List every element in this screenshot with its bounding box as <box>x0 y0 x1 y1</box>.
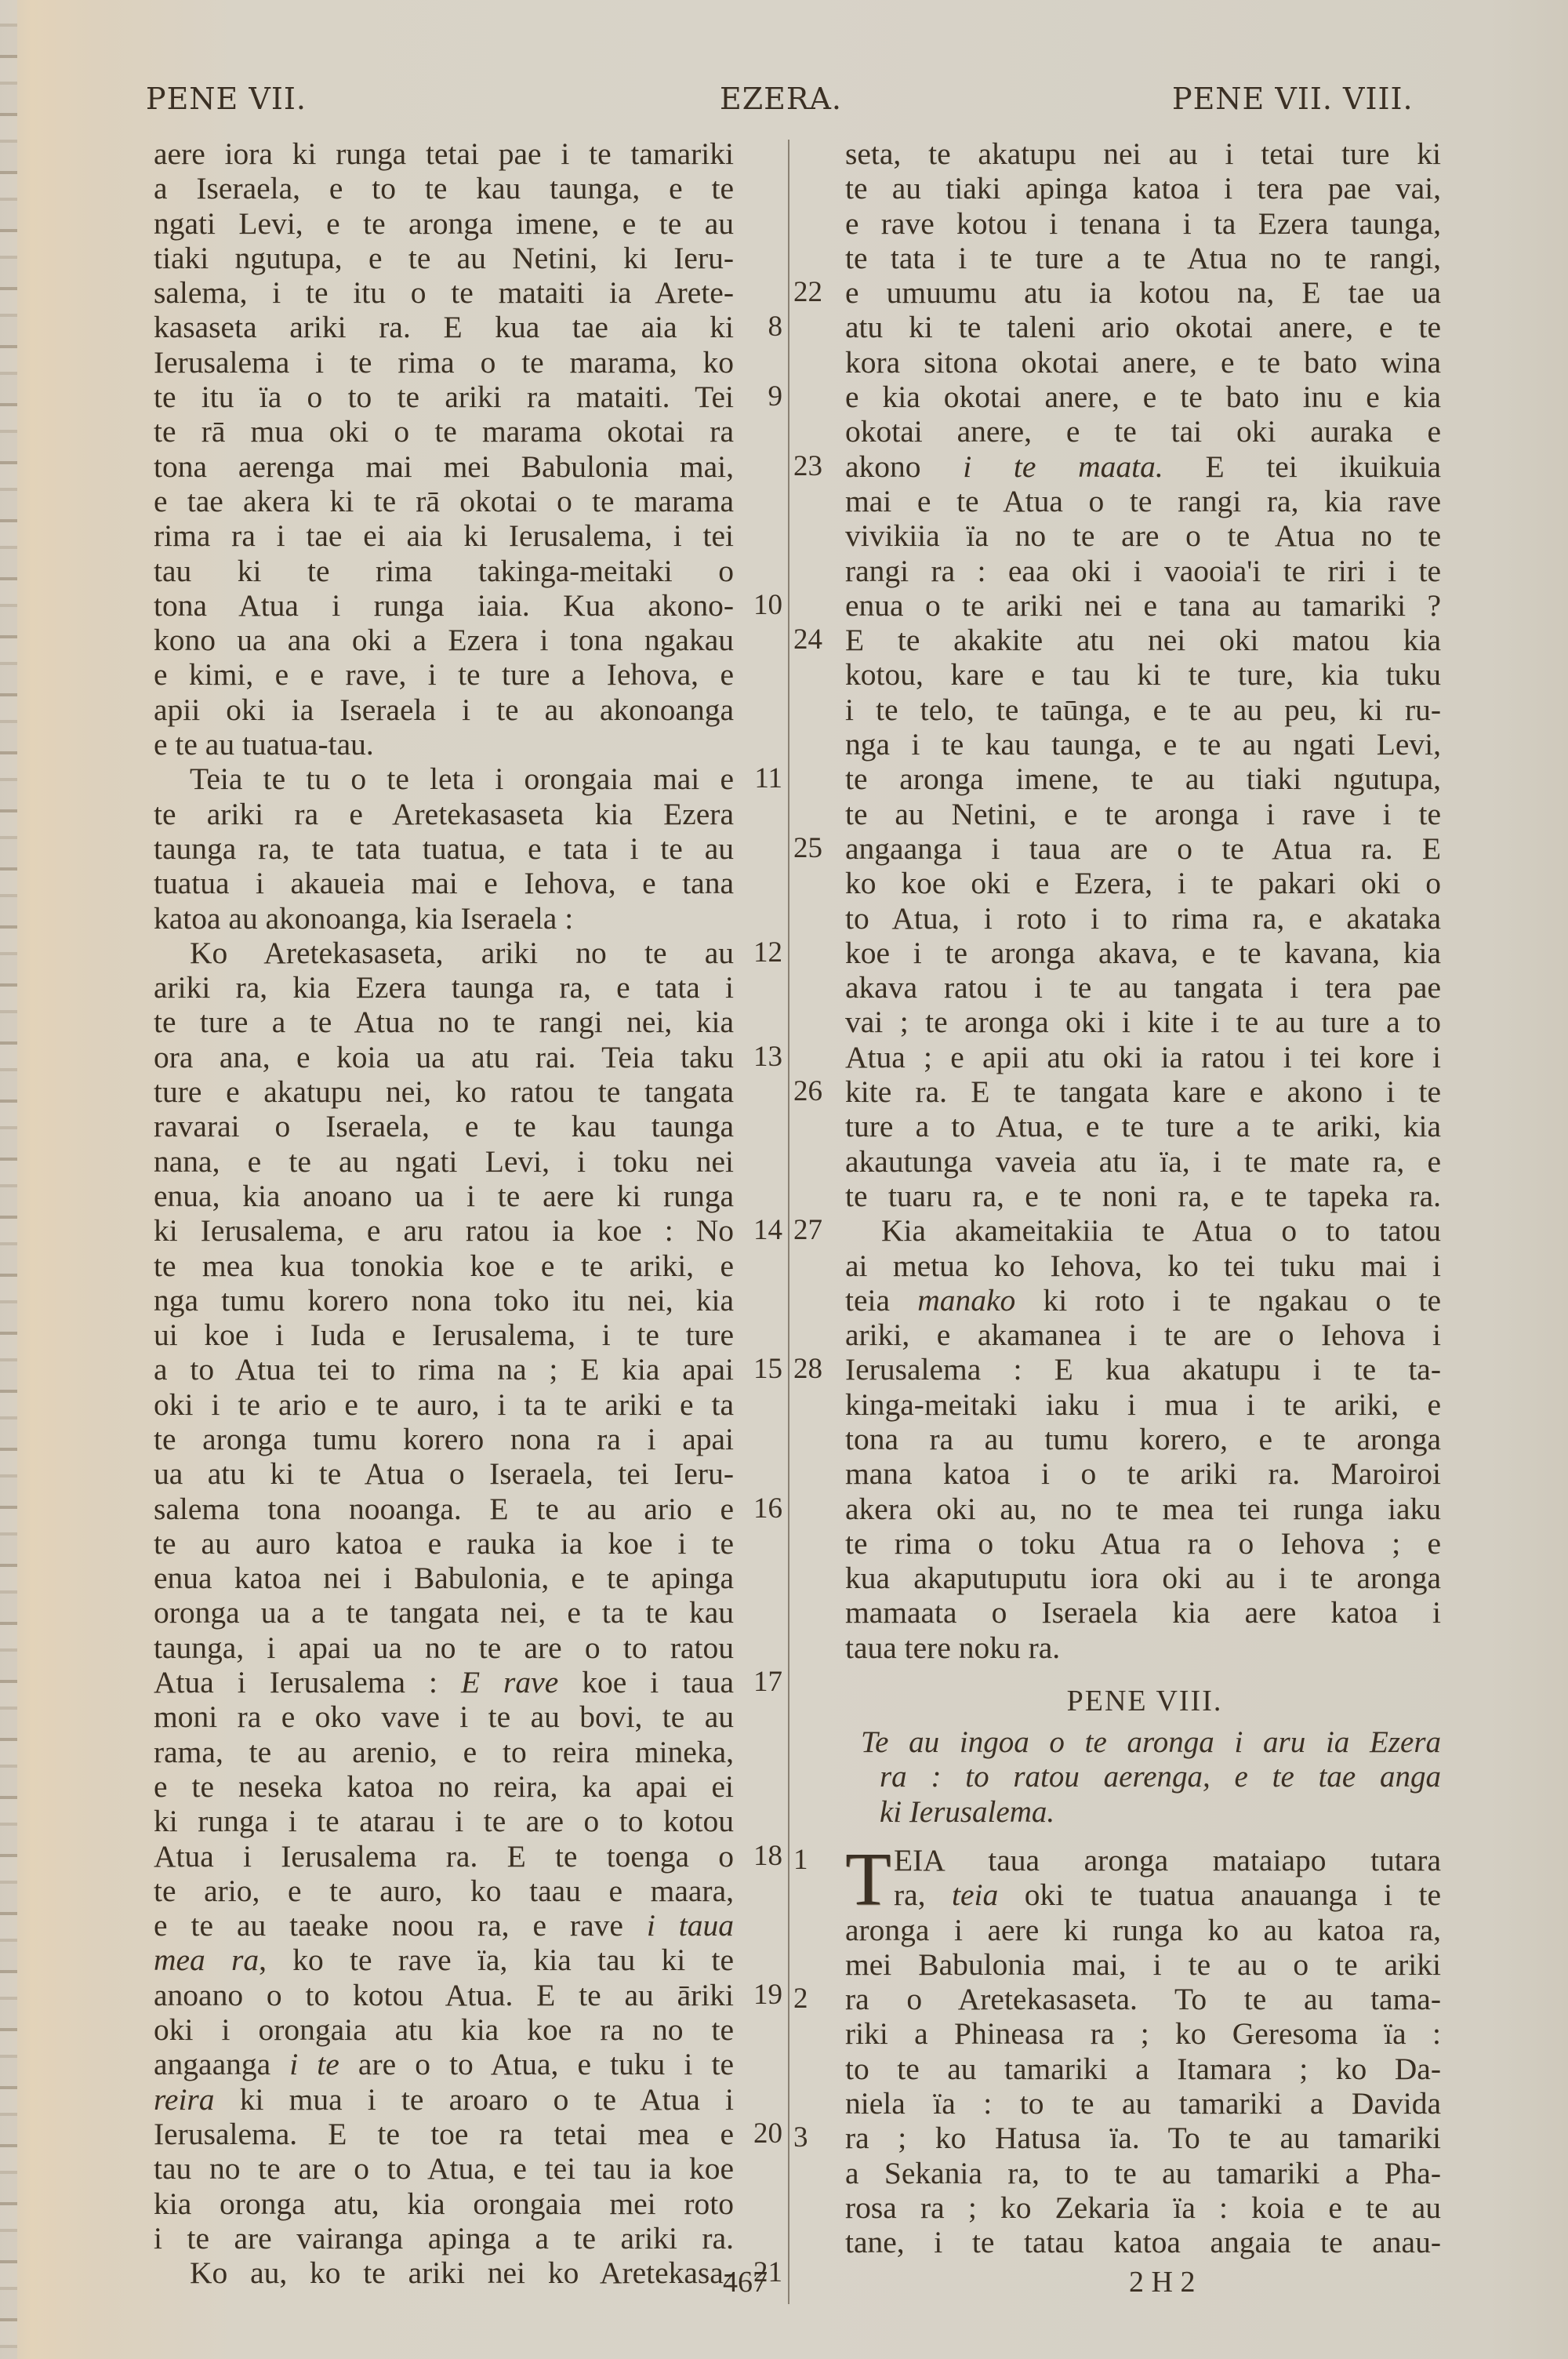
line-text: te tata i te ture a te Atua no te rangi, <box>845 241 1441 275</box>
line-text: i te are vairanga apinga a te ariki ra. <box>154 2221 734 2255</box>
text-line: rosa ra ; ko Zekaria ïa : koia e te au <box>845 2190 1441 2225</box>
verse-number: 13 <box>753 1040 782 1074</box>
text-line: te tata i te ture a te Atua no te rangi, <box>845 241 1441 275</box>
line-text: rama, te au arenio, e to reira mineka, <box>154 1735 734 1769</box>
right-text-column: seta, te akatupu nei au i tetai ture kit… <box>845 136 1441 1665</box>
line-text: ariki ra, kia Ezera taunga ra, e tata i <box>154 970 734 1005</box>
verse-number: 3 <box>793 2121 834 2155</box>
text-line: angaanga i te are o to Atua, e tuku i te <box>154 2047 734 2081</box>
text-line: reira ki mua i te aroaro o te Atua i <box>154 2082 734 2117</box>
text-line: i te telo, te taūnga, e te au peu, ki ru… <box>845 692 1441 727</box>
verse-number: 15 <box>753 1352 782 1387</box>
text-line: enua, kia anoano ua i te aere ki runga <box>154 1179 734 1213</box>
text-line: tau no te are o to Atua, e tei tau ia ko… <box>154 2151 734 2186</box>
text-line: oki i orongaia atu kia koe ra no te <box>154 2012 734 2047</box>
line-text: tiaki ngutupa, e te au Netini, ki Ieru- <box>154 241 734 275</box>
summary-line: ra : to ratou aerenga, e te tae anga <box>861 1760 1441 1794</box>
text-line: taua tere noku ra. <box>845 1630 1441 1665</box>
text-line: niela ïa : to te au tamariki a Davida <box>845 2086 1441 2121</box>
line-text: kora sitona okotai anere, e te bato wina <box>845 345 1441 380</box>
line-text: ai metua ko Iehova, ko tei tuku mai i <box>845 1249 1441 1283</box>
line-text: tuatua i akaueia mai e Iehova, e tana <box>154 866 734 900</box>
signature-mark: 2 H 2 <box>1129 2265 1195 2299</box>
text-line: a to Atua tei to rima na ; E kia apai15 <box>154 1352 734 1387</box>
line-text: e tae akera ki te rā okotai o te marama <box>154 484 734 518</box>
text-line: riki a Phineasa ra ; ko Geresoma ïa : <box>845 2016 1441 2051</box>
verse-number: 16 <box>753 1492 782 1526</box>
line-text: ture a to Atua, e te ture a te ariki, ki… <box>845 1109 1441 1143</box>
line-text: tona aerenga mai mei Babulonia mai, <box>154 449 734 484</box>
line-text: Atua i Ierusalema ra. E te toenga o <box>154 1839 734 1874</box>
text-line: akono i te maata. E tei ikuikuia23 <box>845 449 1441 484</box>
line-text: te aronga tumu korero nona ra i apai <box>154 1422 734 1456</box>
text-line: te ario, e te auro, ko taau e maara, <box>154 1874 734 1908</box>
line-text: kotou, kare e tau ki te ture, kia tuku <box>845 657 1441 692</box>
text-line: a Sekania ra, to te au tamariki a Pha- <box>845 2156 1441 2190</box>
text-line: e tae akera ki te rā okotai o te marama <box>154 484 734 518</box>
verse-number: 26 <box>793 1074 834 1109</box>
text-line: ko koe oki e Ezera, i te pakari oki o <box>845 866 1441 900</box>
text-line: nga i te kau taunga, e te au ngati Levi, <box>845 727 1441 761</box>
text-line: te au tiaki apinga katoa i tera pae vai, <box>845 171 1441 205</box>
line-text: akera oki au, no te mea tei runga iaku <box>845 1492 1441 1526</box>
text-line: e te au tuatua-tau. <box>154 727 734 761</box>
line-text: aere iora ki runga tetai pae i te tamari… <box>154 136 734 171</box>
line-text: akava ratou i te au tangata i tera pae <box>845 970 1441 1005</box>
line-text: seta, te akatupu nei au i tetai ture ki <box>845 136 1441 171</box>
running-head-left: PENE VII. <box>146 82 307 116</box>
text-line: to Atua, i roto i to rima ra, e akataka <box>845 901 1441 936</box>
text-line: e kimi, e e rave, i te ture a Iehova, e <box>154 657 734 692</box>
line-text: Ierusalema : E kua akatupu i te ta- <box>845 1352 1441 1387</box>
text-line: mea ra, ko te rave ïa, kia tau ki te <box>154 1943 734 1977</box>
text-line: kia oronga atu, kia orongaia mei roto <box>154 2186 734 2221</box>
line-text: te rima o toku Atua ra o Iehova ; e <box>845 1526 1441 1561</box>
text-line: akautunga vaveia atu ïa, i te mate ra, e <box>845 1144 1441 1179</box>
text-line: kono ua ana oki a Ezera i tona ngakau <box>154 623 734 657</box>
line-text: okotai anere, e te tai oki auraka e <box>845 414 1441 449</box>
line-text: moni ra e oko vave i te au bovi, te au <box>154 1699 734 1734</box>
verse-number: 23 <box>793 449 834 484</box>
text-line: aronga i aere ki runga ko au katoa ra, <box>845 1913 1441 1947</box>
verse-number: 27 <box>793 1213 834 1248</box>
line-text: oronga ua a te tangata nei, e ta te kau <box>154 1595 734 1630</box>
line-text: e te au tuatua-tau. <box>154 727 374 761</box>
line-text: koe i te aronga akava, e te kavana, kia <box>845 936 1441 970</box>
text-line: ora ana, e koia ua atu rai. Teia taku13 <box>154 1040 734 1074</box>
chapter-summary: Te au ingoa o te aronga i aru ia Ezera r… <box>861 1725 1441 1830</box>
text-line: E te akakite atu nei oki matou kia24 <box>845 623 1441 657</box>
line-text: riki a Phineasa ra ; ko Geresoma ïa : <box>845 2016 1441 2051</box>
text-line: seta, te akatupu nei au i tetai ture ki <box>845 136 1441 171</box>
text-line: Atua ; e apii atu oki ia ratou i tei kor… <box>845 1040 1441 1074</box>
line-text: ui koe i Iuda e Ierusalema, i te ture <box>154 1318 734 1352</box>
line-text: ua atu ki te Atua o Iseraela, tei Ieru- <box>154 1456 734 1491</box>
line-text: teia manako ki roto i te ngakau o te <box>845 1283 1441 1318</box>
line-text: nga tumu korero nona toko itu nei, kia <box>154 1283 734 1318</box>
text-line: koe i te aronga akava, e te kavana, kia <box>845 936 1441 970</box>
line-text: Kia akameitakiia te Atua o to tatou <box>881 1213 1441 1248</box>
verse-number: 11 <box>754 761 782 796</box>
text-line: okotai anere, e te tai oki auraka e <box>845 414 1441 449</box>
text-line: kinga-meitaki iaku i mua i te ariki, e <box>845 1387 1441 1422</box>
text-line: ua atu ki te Atua o Iseraela, tei Ieru- <box>154 1456 734 1491</box>
text-line: aere iora ki runga tetai pae i te tamari… <box>154 136 734 171</box>
line-text: mai e te Atua o te rangi ra, kia rave <box>845 484 1441 518</box>
line-text: kono ua ana oki a Ezera i tona ngakau <box>154 623 734 657</box>
line-text: te itu ïa o to te ariki ra mataiti. Tei <box>154 380 734 414</box>
text-line: Kia akameitakiia te Atua o to tatou27 <box>845 1213 1441 1248</box>
text-line: ki runga i te atarau i te are o to kotou <box>154 1804 734 1838</box>
text-line: apii oki ia Iseraela i te au akonoanga <box>154 692 734 727</box>
book-spine-edge <box>0 0 17 2359</box>
line-text: tona ra au tumu korero, e te aronga <box>845 1422 1441 1456</box>
text-line: te ture a te Atua no te rangi nei, kia <box>154 1005 734 1039</box>
line-text: niela ïa : to te au tamariki a Davida <box>845 2086 1441 2121</box>
line-text: katoa au akonoanga, kia Iseraela : <box>154 901 573 936</box>
text-line: rima ra i tae ei aia ki Ierusalema, i te… <box>154 518 734 553</box>
verse-number: 18 <box>753 1839 782 1874</box>
verse-number: 17 <box>753 1665 782 1699</box>
line-text: te tuaru ra, e te noni ra, e te tapeka r… <box>845 1179 1441 1213</box>
line-text: kinga-meitaki iaku i mua i te ariki, e <box>845 1387 1441 1422</box>
text-line: Teia te tu o te leta i orongaia mai e11 <box>154 761 734 796</box>
text-line: e kia okotai anere, e te bato inu e kia <box>845 380 1441 414</box>
line-text: te ario, e te auro, ko taau e maara, <box>154 1874 734 1908</box>
verse-number: 25 <box>793 831 834 866</box>
line-text: ora ana, e koia ua atu rai. Teia taku <box>154 1040 734 1074</box>
text-line: Ko au, ko te ariki nei ko Aretekasa-21 <box>154 2255 734 2290</box>
line-text: tona Atua i runga iaia. Kua akono- <box>154 588 734 623</box>
text-line: Ierusalema i te rima o te marama, ko <box>154 345 734 380</box>
text-line: te au Netini, e te aronga i rave i te <box>845 797 1441 831</box>
line-text: Ko Aretekasaseta, ariki no te au <box>190 936 734 970</box>
line-text: te ariki ra e Aretekasaseta kia Ezera <box>154 797 734 831</box>
line-text: to te au tamariki a Itamara ; ko Da- <box>845 2052 1441 2086</box>
line-text: ra ; ko Hatusa ïa. To te au tamariki <box>845 2121 1441 2155</box>
text-line: oronga ua a te tangata nei, e ta te kau <box>154 1595 734 1630</box>
line-text: ravarai o Iseraela, e te kau taunga <box>154 1109 734 1143</box>
line-text: mei Babulonia mai, i te au o te ariki <box>845 1947 1441 1982</box>
text-line: Ko Aretekasaseta, ariki no te au12 <box>154 936 734 970</box>
line-text: akautunga vaveia atu ïa, i te mate ra, e <box>845 1144 1441 1179</box>
text-line: ai metua ko Iehova, ko tei tuku mai i <box>845 1249 1441 1283</box>
line-text: angaanga i te are o to Atua, e tuku i te <box>154 2047 734 2081</box>
line-text: kite ra. E te tangata kare e akono i te <box>845 1074 1441 1109</box>
text-line: te itu ïa o to te ariki ra mataiti. Tei9 <box>154 380 734 414</box>
text-line: te au auro katoa e rauka ia koe i te <box>154 1526 734 1561</box>
line-text: Ierusalema. E te toe ra tetai mea e <box>154 2117 734 2151</box>
verse-number: 19 <box>753 1978 782 2012</box>
line-text: e te neseka katoa no reira, ka apai ei <box>154 1769 734 1804</box>
chapter-heading: PENE VIII. <box>847 1684 1443 1718</box>
text-line: ariki, e akamanea i te are o Iehova i <box>845 1318 1441 1352</box>
line-text: e te au taeake noou ra, e rave i taua <box>154 1908 734 1943</box>
line-text: te au auro katoa e rauka ia koe i te <box>154 1526 734 1561</box>
text-line: nana, e te au ngati Levi, i toku nei <box>154 1144 734 1179</box>
line-text: Atua ; e apii atu oki ia ratou i tei kor… <box>845 1040 1441 1074</box>
text-line: tona ra au tumu korero, e te aronga <box>845 1422 1441 1456</box>
line-text: te au Netini, e te aronga i rave i te <box>845 797 1441 831</box>
text-line: kotou, kare e tau ki te ture, kia tuku <box>845 657 1441 692</box>
text-line: ki Ierusalema, e aru ratou ia koe : No14 <box>154 1213 734 1248</box>
line-text: kua akaputuputu iora oki au i te aronga <box>845 1561 1441 1595</box>
line-text: a Sekania ra, to te au tamariki a Pha- <box>845 2156 1441 2190</box>
text-line: e umuumu atu ia kotou na, E tae ua22 <box>845 275 1441 310</box>
line-text: e kimi, e e rave, i te ture a Iehova, e <box>154 657 734 692</box>
verse-number: 8 <box>768 310 783 344</box>
text-line: oki i te ario e te auro, i ta te ariki e… <box>154 1387 734 1422</box>
line-text: salema, i te itu o te mataiti ia Arete- <box>154 275 734 310</box>
line-text: oki i orongaia atu kia koe ra no te <box>154 2012 734 2047</box>
text-line: enua o te ariki nei e tana au tamariki ? <box>845 588 1441 623</box>
line-text: Ko au, ko te ariki nei ko Aretekasa- <box>190 2255 734 2290</box>
text-line: tuatua i akaueia mai e Iehova, e tana <box>154 866 734 900</box>
text-line: rama, te au arenio, e to reira mineka, <box>154 1735 734 1769</box>
line-text: a to Atua tei to rima na ; E kia apai <box>154 1352 734 1387</box>
verse-number: 14 <box>753 1213 782 1248</box>
text-line: tona aerenga mai mei Babulonia mai, <box>154 449 734 484</box>
text-line: ngati Levi, e te aronga imene, e te au <box>154 206 734 241</box>
line-text: mana katoa i o te ariki ra. Maroiroi <box>845 1456 1441 1491</box>
line-text: nana, e te au ngati Levi, i toku nei <box>154 1144 734 1179</box>
line-text: ngati Levi, e te aronga imene, e te au <box>154 206 734 241</box>
verse-number: 10 <box>753 588 782 623</box>
text-line: i te are vairanga apinga a te ariki ra. <box>154 2221 734 2255</box>
text-line: kite ra. E te tangata kare e akono i te2… <box>845 1074 1441 1109</box>
line-text: te ture a te Atua no te rangi nei, kia <box>154 1005 734 1039</box>
verse-number: 2 <box>793 1982 834 2016</box>
verse-number: 28 <box>793 1352 834 1387</box>
text-line: te aronga imene, te au tiaki ngutupa, <box>845 761 1441 796</box>
line-text: EIA taua aronga mataiapo tutara <box>894 1843 1441 1877</box>
line-text: salema tona nooanga. E te au ario e <box>154 1492 734 1526</box>
text-line: moni ra e oko vave i te au bovi, te au <box>154 1699 734 1734</box>
line-text: ki runga i te atarau i te are o to kotou <box>154 1804 734 1838</box>
verse-number: 12 <box>753 936 782 970</box>
text-line: nga tumu korero nona toko itu nei, kia <box>154 1283 734 1318</box>
line-text: taua tere noku ra. <box>845 1630 1060 1665</box>
text-line: te mea kua tonokia koe e te ariki, e <box>154 1249 734 1283</box>
line-text: oki i te ario e te auro, i ta te ariki e… <box>154 1387 734 1422</box>
text-line: tona Atua i runga iaia. Kua akono-10 <box>154 588 734 623</box>
line-text: ariki, e akamanea i te are o Iehova i <box>845 1318 1441 1352</box>
text-line: enua katoa nei i Babulonia, e te apinga <box>154 1561 734 1595</box>
text-line: teia manako ki roto i te ngakau o te <box>845 1283 1441 1318</box>
text-line: rangi ra : eaa oki i vaooia'i te riri i … <box>845 554 1441 588</box>
text-line: to te au tamariki a Itamara ; ko Da- <box>845 2052 1441 2086</box>
text-line: Atua i Ierusalema : E rave koe i taua17 <box>154 1665 734 1699</box>
text-line: te tuaru ra, e te noni ra, e te tapeka r… <box>845 1179 1441 1213</box>
line-text: E te akakite atu nei oki matou kia <box>845 623 1441 657</box>
line-text: reira ki mua i te aroaro o te Atua i <box>154 2082 734 2117</box>
text-line: ture e akatupu nei, ko ratou te tangata <box>154 1074 734 1109</box>
text-line: akava ratou i te au tangata i tera pae <box>845 970 1441 1005</box>
line-text: Ierusalema i te rima o te marama, ko <box>154 345 734 380</box>
line-text: tau ki te rima takinga-meitaki o <box>154 554 734 588</box>
line-text: rangi ra : eaa oki i vaooia'i te riri i … <box>845 554 1441 588</box>
line-text: atu ki te taleni ario okotai anere, e te <box>845 310 1441 344</box>
line-text: e rave kotou i tenana i ta Ezera taunga, <box>845 206 1441 241</box>
line-text: ture e akatupu nei, ko ratou te tangata <box>154 1074 734 1109</box>
line-text: ra o Aretekasaseta. To te au tama- <box>845 1982 1441 2016</box>
running-head-right: PENE VII. VIII. <box>1172 82 1414 116</box>
left-text-column: aere iora ki runga tetai pae i te tamari… <box>154 136 734 2290</box>
text-line: katoa au akonoanga, kia Iseraela : <box>154 901 734 936</box>
line-text: to Atua, i roto i to rima ra, e akataka <box>845 901 1441 936</box>
text-line: kasaseta ariki ra. E kua tae aia ki8 <box>154 310 734 344</box>
text-line: salema, i te itu o te mataiti ia Arete- <box>154 275 734 310</box>
verse-number: 24 <box>793 623 834 657</box>
text-line: te rā mua oki o te marama okotai ra <box>154 414 734 449</box>
verse-number: 22 <box>793 275 834 310</box>
line-text: vivikiia ïa no te are o te Atua no te <box>845 518 1441 553</box>
verse-number: 1 <box>793 1843 834 1877</box>
line-text: ko koe oki e Ezera, i te pakari oki o <box>845 866 1441 900</box>
text-line: mamaata o Iseraela kia aere katoa i <box>845 1595 1441 1630</box>
line-text: akono i te maata. E tei ikuikuia <box>845 449 1441 484</box>
text-line: te rima o toku Atua ra o Iehova ; e <box>845 1526 1441 1561</box>
text-line: atu ki te taleni ario okotai anere, e te <box>845 310 1441 344</box>
text-line: angaanga i taua are o te Atua ra. E25 <box>845 831 1441 866</box>
verse-number: 9 <box>768 380 783 414</box>
line-text: kasaseta ariki ra. E kua tae aia ki <box>154 310 734 344</box>
text-line: ravarai o Iseraela, e te kau taunga <box>154 1109 734 1143</box>
line-text: taunga, i apai ua no te are o to ratou <box>154 1630 734 1665</box>
text-line: tane, i te tatau katoa angaia te anau- <box>845 2225 1441 2259</box>
line-text: enua katoa nei i Babulonia, e te apinga <box>154 1561 734 1595</box>
text-line: tiaki ngutupa, e te au Netini, ki Ieru- <box>154 241 734 275</box>
line-text: te rā mua oki o te marama okotai ra <box>154 414 734 449</box>
verse-number: 20 <box>753 2117 782 2151</box>
text-line: ra o Aretekasaseta. To te au tama-2 <box>845 1982 1441 2016</box>
line-text: rima ra i tae ei aia ki Ierusalema, i te… <box>154 518 734 553</box>
line-text: rosa ra ; ko Zekaria ïa : koia e te au <box>845 2190 1441 2225</box>
line-text: taunga ra, te tata tuatua, e tata i te a… <box>154 831 734 866</box>
line-text: a Iseraela, e to te kau taunga, e te <box>154 171 734 205</box>
text-line: tau ki te rima takinga-meitaki o <box>154 554 734 588</box>
text-line: taunga, i apai ua no te are o to ratou <box>154 1630 734 1665</box>
text-line: te ariki ra e Aretekasaseta kia Ezera <box>154 797 734 831</box>
line-text: Atua i Ierusalema : E rave koe i taua <box>154 1665 734 1699</box>
text-line: EIA taua aronga mataiapo tutara1 <box>845 1843 1441 1877</box>
line-text: mea ra, ko te rave ïa, kia tau ki te <box>154 1943 734 1977</box>
line-text: te au tiaki apinga katoa i tera pae vai, <box>845 171 1441 205</box>
text-line: Ierusalema. E te toe ra tetai mea e20 <box>154 2117 734 2151</box>
line-text: mamaata o Iseraela kia aere katoa i <box>845 1595 1441 1630</box>
line-text: i te telo, te taūnga, e te au peu, ki ru… <box>845 692 1441 727</box>
line-text: e kia okotai anere, e te bato inu e kia <box>845 380 1441 414</box>
text-line: anoano o to kotou Atua. E te au āriki19 <box>154 1978 734 2012</box>
text-line: ariki ra, kia Ezera taunga ra, e tata i <box>154 970 734 1005</box>
line-text: tane, i te tatau katoa angaia te anau- <box>845 2225 1441 2259</box>
summary-line: Te au ingoa o te aronga i aru ia Ezera <box>861 1725 1441 1760</box>
text-line: taunga ra, te tata tuatua, e tata i te a… <box>154 831 734 866</box>
line-text: e umuumu atu ia kotou na, E tae ua <box>845 275 1441 310</box>
line-text: apii oki ia Iseraela i te au akonoanga <box>154 692 734 727</box>
column-divider <box>788 140 789 2304</box>
line-text: ki Ierusalema, e aru ratou ia koe : No <box>154 1213 734 1248</box>
text-line: mai e te Atua o te rangi ra, kia rave <box>845 484 1441 518</box>
text-line: a Iseraela, e to te kau taunga, e te <box>154 171 734 205</box>
text-line: vivikiia ïa no te are o te Atua no te <box>845 518 1441 553</box>
line-text: tau no te are o to Atua, e tei tau ia ko… <box>154 2151 734 2186</box>
text-line: e te au taeake noou ra, e rave i taua <box>154 1908 734 1943</box>
line-text: nga i te kau taunga, e te au ngati Levi, <box>845 727 1441 761</box>
line-text: enua, kia anoano ua i te aere ki runga <box>154 1179 734 1213</box>
line-text: ra, teia oki te tuatua anauanga i te <box>894 1877 1441 1912</box>
line-text: angaanga i taua are o te Atua ra. E <box>845 831 1441 866</box>
text-line: e te neseka katoa no reira, ka apai ei <box>154 1769 734 1804</box>
text-line: Ierusalema : E kua akatupu i te ta-28 <box>845 1352 1441 1387</box>
line-text: vai ; te aronga oki i kite i te au ture … <box>845 1005 1441 1039</box>
chapter-viii-text: T EIA taua aronga mataiapo tutara1ra, te… <box>845 1843 1441 2260</box>
line-text: kia oronga atu, kia orongaia mei roto <box>154 2186 734 2221</box>
text-line: mei Babulonia mai, i te au o te ariki <box>845 1947 1441 1982</box>
text-line: Atua i Ierusalema ra. E te toenga o18 <box>154 1839 734 1874</box>
line-text: aronga i aere ki runga ko au katoa ra, <box>845 1913 1441 1947</box>
text-line: kora sitona okotai anere, e te bato wina <box>845 345 1441 380</box>
summary-line: ki Ierusalema. <box>861 1795 1441 1830</box>
line-text: anoano o to kotou Atua. E te au āriki <box>154 1978 734 2012</box>
page-number: 467 <box>723 2265 768 2299</box>
line-text: te aronga imene, te au tiaki ngutupa, <box>845 761 1441 796</box>
text-line: ra, teia oki te tuatua anauanga i te <box>845 1877 1441 1912</box>
text-line: kua akaputuputu iora oki au i te aronga <box>845 1561 1441 1595</box>
text-line: salema tona nooanga. E te au ario e16 <box>154 1492 734 1526</box>
text-line: ui koe i Iuda e Ierusalema, i te ture <box>154 1318 734 1352</box>
text-line: vai ; te aronga oki i kite i te au ture … <box>845 1005 1441 1039</box>
line-text: te mea kua tonokia koe e te ariki, e <box>154 1249 734 1283</box>
text-line: e rave kotou i tenana i ta Ezera taunga, <box>845 206 1441 241</box>
text-line: ra ; ko Hatusa ïa. To te au tamariki3 <box>845 2121 1441 2155</box>
text-line: te aronga tumu korero nona ra i apai <box>154 1422 734 1456</box>
line-text: Teia te tu o te leta i orongaia mai e <box>190 761 734 796</box>
running-head-title: EZERA. <box>720 82 842 116</box>
line-text: enua o te ariki nei e tana au tamariki ? <box>845 588 1441 623</box>
text-line: ture a to Atua, e te ture a te ariki, ki… <box>845 1109 1441 1143</box>
text-line: akera oki au, no te mea tei runga iaku <box>845 1492 1441 1526</box>
text-line: mana katoa i o te ariki ra. Maroiroi <box>845 1456 1441 1491</box>
